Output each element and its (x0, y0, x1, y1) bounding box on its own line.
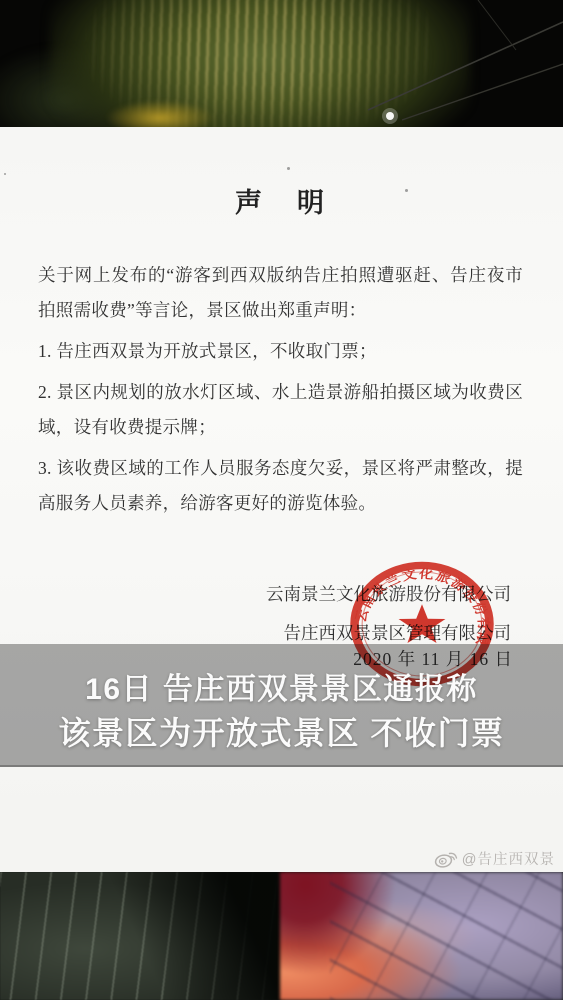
statement-title: 声 明 (0, 181, 563, 220)
statement-paragraph: 1. 告庄西双景为开放式景区，不收取门票； (38, 334, 523, 369)
subtitle-line-2: 该景区为开放式景区 不收门票 (59, 711, 505, 756)
statement-body: 关于网上发布的“游客到西双版纳告庄拍照遭驱赶、告庄夜市拍照需收费”等言论，景区做… (38, 258, 523, 521)
paper-speck (405, 189, 408, 192)
power-lines (0, 0, 563, 127)
statement-paragraph: 关于网上发布的“游客到西双版纳告庄拍照遭驱赶、告庄夜市拍照需收费”等言论，景区做… (38, 258, 523, 328)
paper-speck (4, 173, 6, 175)
seal-star-icon (399, 604, 446, 643)
top-photo-night-tree (0, 0, 563, 127)
weibo-icon (434, 849, 458, 868)
statement-paragraph: 3. 该收费区域的工作人员服务态度欠妥，景区将严肃整改，提高服务人员素养，给游客… (38, 451, 523, 521)
paper-speck (287, 167, 290, 170)
wooden-boardwalk (0, 872, 285, 1000)
video-frame: 声 明 关于网上发布的“游客到西双版纳告庄拍照遭驱赶、告庄夜市拍照需收费”等言论… (0, 0, 563, 1000)
fabric-seams-texture (330, 872, 563, 1000)
bottom-photo (0, 872, 563, 1000)
statement-paragraph: 2. 景区内规划的放水灯区域、水上造景游船拍摄区域为收费区域，设有收费提示牌； (38, 375, 523, 445)
weibo-watermark: @告庄西双景 (434, 848, 555, 869)
subtitle-line-1: 16日 告庄西双景景区通报称 (85, 669, 478, 711)
watermark-handle: @告庄西双景 (462, 848, 555, 869)
subtitle-overlay: 16日 告庄西双景景区通报称 该景区为开放式景区 不收门票 (0, 644, 563, 767)
